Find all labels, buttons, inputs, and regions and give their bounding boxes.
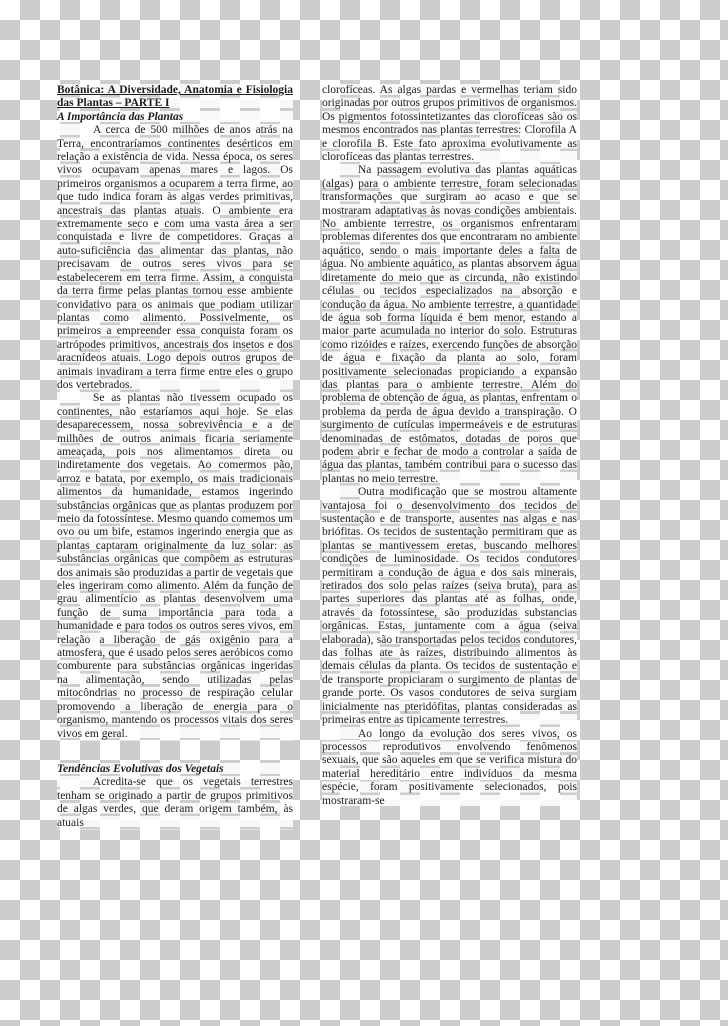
section-heading-tendencias-evolutivas: Tendências Evolutivas dos Vegetais bbox=[57, 763, 293, 776]
text-column-left: Botânica: A Diversidade, Anatomia e Fisi… bbox=[57, 84, 293, 830]
paragraph: clorofíceas. As algas pardas e vermelhas… bbox=[322, 84, 577, 164]
paragraph: Outra modificação que se mostrou altamen… bbox=[322, 486, 577, 727]
document-title: Botânica: A Diversidade, Anatomia e Fisi… bbox=[57, 84, 293, 111]
paragraph: A cerca de 500 milhões de anos atrás na … bbox=[57, 124, 293, 392]
paragraph: Na passagem evolutiva das plantas aquáti… bbox=[322, 164, 577, 486]
text-column-right: clorofíceas. As algas pardas e vermelhas… bbox=[322, 84, 577, 808]
section-heading-importancia-das-plantas: A Importância das Plantas bbox=[57, 111, 293, 124]
paragraph: Ao longo da evolução dos seres vivos, os… bbox=[322, 728, 577, 808]
paragraph: Acredita-se que os vegetais terrestres t… bbox=[57, 776, 293, 830]
paragraph: Se as plantas não tivessem ocupado os co… bbox=[57, 392, 293, 741]
